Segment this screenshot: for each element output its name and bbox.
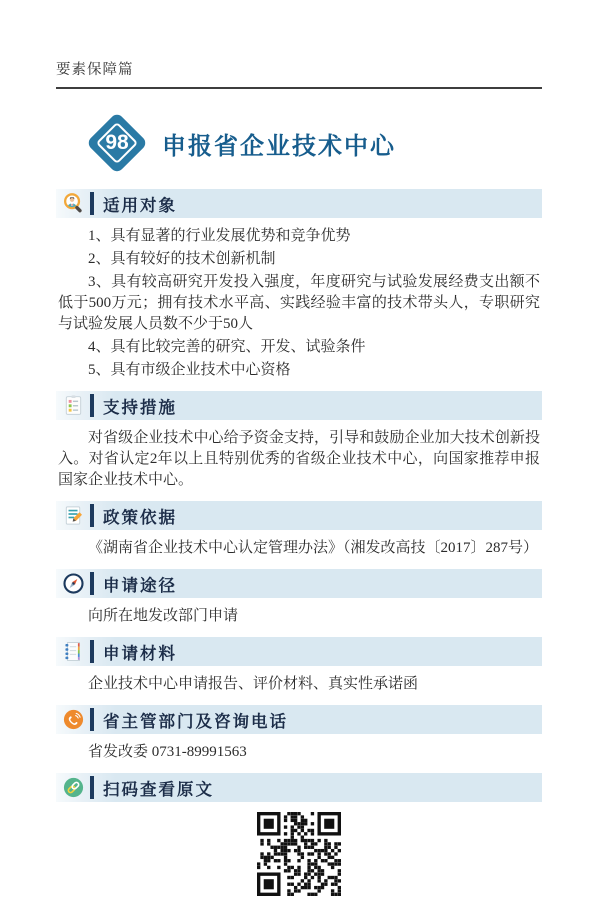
document-page: 要素保障篇 98 申报省企业技术中心 适用对象 1、具有显著的行业发展优势和竞争 <box>0 0 600 896</box>
page-title: 申报省企业技术中心 <box>162 126 396 161</box>
section-title: 扫码查看原文 <box>103 776 214 800</box>
compass-icon <box>56 572 90 595</box>
phone-number: 省发改委 0731-89991563 <box>58 742 540 763</box>
section-title: 省主管部门及咨询电话 <box>103 708 288 732</box>
qr-code-container <box>56 812 542 896</box>
contact-body: 省发改委 0731-89991563 <box>56 742 542 763</box>
notebook-icon <box>56 640 90 663</box>
item-number-badge: 98 <box>86 112 148 174</box>
section-header-channel: 申请途径 <box>56 569 542 598</box>
title-row: 98 申报省企业技术中心 <box>86 111 542 175</box>
bar-divider <box>90 572 94 595</box>
section-header-applicable: 适用对象 <box>56 189 542 218</box>
policy-body: 《湖南省企业技术中心认定管理办法》（湘发改高技〔2017〕287号） <box>56 538 542 559</box>
channel-body: 向所在地发改部门申请 <box>56 606 542 627</box>
link-icon <box>56 776 90 799</box>
bar-divider <box>90 504 94 527</box>
document-pencil-icon <box>56 504 90 527</box>
bar-divider <box>90 640 94 663</box>
section-header-materials: 申请材料 <box>56 637 542 666</box>
support-body: 对省级企业技术中心给予资金支持，引导和鼓励企业加大技术创新投入。对省认定2年以上… <box>56 428 542 491</box>
bar-divider <box>90 708 94 731</box>
section-title: 申请材料 <box>103 640 177 664</box>
section-title: 适用对象 <box>103 192 177 216</box>
list-item: 5、具有市级企业技术中心资格 <box>58 360 540 381</box>
bar-divider <box>90 776 94 799</box>
list-item: 4、具有比较完善的研究、开发、试验条件 <box>58 337 540 358</box>
list-item: 2、具有较好的技术创新机制 <box>58 249 540 270</box>
qr-code <box>257 812 341 896</box>
bar-divider <box>90 192 94 215</box>
paragraph: 对省级企业技术中心给予资金支持，引导和鼓励企业加大技术创新投入。对省认定2年以上… <box>58 428 540 491</box>
section-title: 申请途径 <box>103 572 177 596</box>
section-title: 政策依据 <box>103 504 177 528</box>
list-item: 3、具有较高研究开发投入强度，年度研究与试验发展经费支出额不低于500万元；拥有… <box>58 272 540 335</box>
paragraph: 企业技术中心申请报告、评价材料、真实性承诺函 <box>58 674 540 695</box>
applicable-list: 1、具有显著的行业发展优势和竞争优势 2、具有较好的技术创新机制 3、具有较高研… <box>56 226 542 381</box>
section-title: 支持措施 <box>103 394 177 418</box>
badge-number: 98 <box>86 112 148 174</box>
checklist-icon <box>56 394 90 417</box>
person-magnifier-icon <box>56 192 90 215</box>
section-header-support: 支持措施 <box>56 391 542 420</box>
running-head: 要素保障篇 <box>56 58 542 79</box>
paragraph: 《湖南省企业技术中心认定管理办法》（湘发改高技〔2017〕287号） <box>58 538 540 559</box>
list-item: 1、具有显著的行业发展优势和竞争优势 <box>58 226 540 247</box>
section-header-qrcode: 扫码查看原文 <box>56 773 542 802</box>
materials-body: 企业技术中心申请报告、评价材料、真实性承诺函 <box>56 674 542 695</box>
bar-divider <box>90 394 94 417</box>
section-header-contact: 省主管部门及咨询电话 <box>56 705 542 734</box>
phone-icon <box>56 708 90 731</box>
paragraph: 向所在地发改部门申请 <box>58 606 540 627</box>
header-rule <box>56 87 542 89</box>
section-header-policy: 政策依据 <box>56 501 542 530</box>
